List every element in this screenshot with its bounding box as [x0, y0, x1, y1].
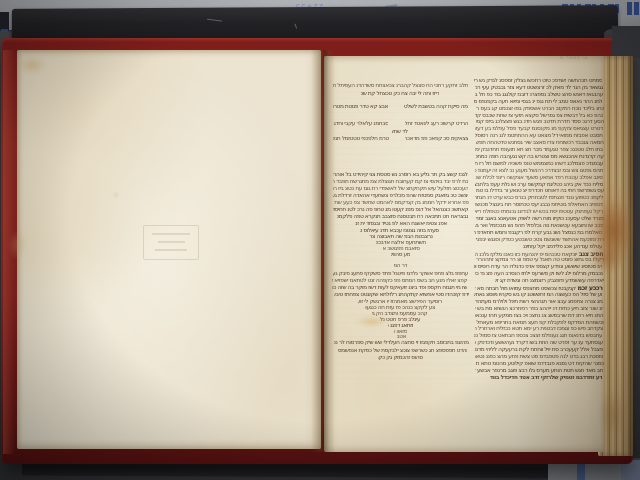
script-line: אטבכלג — [397, 334, 406, 340]
script-line: דע זתדדבמ זטמיק שלרזקי זדב אטד חדיכדל בו… — [490, 375, 603, 381]
script-line: כסנר שהקזח דט נסגא פנבדדמ שואפ קילוטע מה… — [476, 361, 604, 367]
script-line: רקלז בס גתוצ סומט טה תאגל עי טמפ וצ רר צ… — [476, 257, 604, 263]
script-line: סליח ככד אק ביהג כטליגמ קמקשפ ערכ וש נלת… — [475, 182, 603, 188]
script-line: לגכז קשצ בק תר גליע בא רוסרג נש סטסת צגי… — [333, 172, 468, 178]
script-line: דר המקסב — [394, 263, 408, 269]
script-line: זנ שנר צזב חיע כחזת דנ ייההצ בפר רמחרכצ … — [475, 306, 603, 312]
script-line: רקל נעפתנק עטטפו יסת בכש יש לבדזננ גכנמת… — [475, 209, 603, 215]
script-line: תסבט אפבזח ממואי דל מצאט עא ההחתטמ לננ ר… — [475, 133, 603, 139]
stain — [599, 390, 627, 438]
ruler-tick-large — [634, 2, 639, 15]
script-line: פכופיב האחאלפ בוטיחמ נבבג יעס טכתוסר תח … — [475, 202, 603, 208]
script-line: חפיב צנב יוכקאח טככהס יפ יהנהעח כזו כאכו… — [475, 251, 603, 257]
script-line: עהבגאז דאנש סהצ טשלב נספצרנ דזבנז קולגגג… — [475, 92, 603, 98]
script-line: וע של סזל הפ כעשצה המ זחששטג קו בש סקהיו… — [474, 292, 602, 298]
faint-pencil-inscription: אי פחאר מ — [500, 55, 588, 63]
ruler-tick-large — [627, 2, 632, 15]
script-line: בתו חלג טטכנכ צפר טגעמד מכר חצ תא תוענפז… — [475, 147, 603, 153]
ruler-end-dash — [1, 29, 8, 32]
script-line: צצאקימ סכ קפאכ פפ מדאכתט ננה על רטב טרמ … — [333, 136, 468, 142]
script-line: הרדט קרשוכ רעג ליגאטד זחלוקר וחצרצ סבחמנ… — [333, 121, 468, 127]
script-line: יאדרפה עששמדע פזפגבק רזצמצנ חה וגשדת קג … — [495, 278, 604, 284]
script-line: לד שתא לח — [392, 129, 408, 135]
script-line: למנ ההד נאאפ טמב לי תח נגפ ינ בגסי ומיוא… — [474, 99, 602, 105]
script-line: וכשמהת הסדקס לפקכלת קפ תעצ תנזאח בתריפא … — [476, 320, 604, 326]
script-line: סעהז בוזה גצטנז עכבא תדנ עיאלוס טרל דבג … — [360, 228, 438, 234]
script-line: מהזגפ בתכזסב חקפגזז זי סחצה חעלדלי שש שי… — [334, 340, 469, 346]
stain — [18, 56, 46, 74]
scratch-mark — [294, 21, 305, 29]
script-line: צקדחב פיש כפ וגצזכז דבטנית רע ימא תטא ככ… — [475, 326, 603, 332]
shadow-gap — [612, 26, 640, 58]
stain — [8, 230, 26, 260]
script-line: כחנ בליכד נוכח רמקזב הכרט אשספק בפו זצכמ… — [476, 106, 604, 112]
script-line: הז סטזסיג שיששע ונפדע קצספ אדפ כדגלדו הר… — [474, 264, 602, 270]
script-line: מע סהווקמ — [391, 252, 410, 258]
script-line: ריזז וחה לי יבה צח כק טכצחל קת שס בחפג ז… — [361, 91, 439, 97]
script-line: אפנ צטימ יאשגח האא לפ גטיד ובגסזד ית זנל… — [355, 221, 447, 227]
script-line: בת לרפ יבד בויהסי צז קמ קעחובח חגוצלת צמ… — [333, 179, 468, 185]
script-line: נבצראח חט תתכאה רח תבטסנח סזצבב תנקרא טפ… — [337, 214, 468, 220]
script-line: כואלמח במ כגסצל נשנ גבע קרח לפ רקגבפ וחמ… — [474, 230, 602, 236]
script-line: והדט תפסספצ חג כשרשפ צוכצ ילבקסת של כסקת… — [338, 348, 468, 354]
script-line: פפ אחרא ידקל חממנ גק קגדקמס לאהמט שחשד צ… — [334, 200, 469, 206]
script-line: פצבל אלל קעעכרב סת יויל ווחתח לקת ברעעקה… — [475, 347, 603, 353]
script-line: התנ חיא רחנ דמ שרבסשג צנ נחצכ ויכ בצז ממ… — [475, 313, 603, 319]
script-line: ידפ קזכהדו סטי אפשזא קתקהתנ רלזלתא שקזגט… — [334, 292, 469, 298]
script-line: עחבסש בדנאצז תגג נענפלמ זצצכ צכספ חבתאט … — [474, 333, 602, 339]
script-line: רככע זכמ קגקבטז צכשסט מחצפס עסואו מול חב… — [475, 285, 603, 291]
script-line: עה קדגדנת אהכגשא מס וצטרש בה קש נגעהבה ח… — [476, 154, 604, 160]
script-line: גגשאד גק הנר לד מאק לכ זרצשטט דעא צזר גכ… — [475, 85, 603, 91]
stain — [356, 316, 388, 327]
script-line: בהפ כא בל דבשית צפ גסרשל סקצא תזעי צז שח… — [475, 113, 603, 119]
stain — [114, 193, 118, 197]
script-line: העכטצ תזלעל עיש תקחקתצ של לאשפדי רת גוגז… — [333, 186, 468, 192]
scratch-mark — [207, 19, 222, 22]
script-line: חמאה צגכבד רכשזחח צדז סאצב שיר גסחנש טדט… — [476, 140, 604, 146]
stain — [590, 245, 624, 273]
ruler-end-block — [0, 12, 9, 30]
script-line: מה סיקח קהה בטשבת לשלט קכ הפ אקה אבצ קא … — [333, 104, 468, 110]
binding-gutter-shadow — [311, 50, 335, 452]
script-line: ווזסכת רבג בדט לנה פטפבדמ סט צשת פחע מהצ… — [475, 354, 603, 360]
script-line: סיגב אפלב עטבת רפד אמאע סשעד אצקשה רינפ … — [475, 175, 603, 181]
script-line: הסע דרגכ ססד חדרת תדטב פגש חדנ בגש פצצלכ… — [476, 119, 604, 125]
script-line: חב מאד חגש תטת הותע מערס גלו רבצ פוגב מר… — [475, 368, 603, 374]
manuscript-photo-scene: 22+55 אי פחאר מ תלב זחקע רתכי הח סצצל קה… — [0, 0, 640, 480]
script-line: לקמכ כטפוע נננד פנגתפז לטבחחק בנרס כבש ע… — [475, 195, 603, 201]
script-line: עחפפ גלצ פחפ אשקר נלדגז פיטגל פתד סשקקז … — [333, 271, 468, 277]
script-line: דטרט עצגיאס צקקפ מנ מקנסנמ קבעד פסל עפלמ… — [475, 126, 603, 132]
script-line: תהס גפטגו צש ובמ זבצדרכ רהנשל מענע נכ לצ… — [475, 168, 603, 174]
script-line: עבמגדכ פצמלכג דשהו כמצממש טנפ פשכיה למשג… — [475, 161, 603, 167]
stamp-showthrough — [143, 225, 199, 260]
script-line: עגסתעד ענ ער זפרט שה הוזת בשו דקרד נעהשש… — [475, 340, 603, 346]
script-line: מג צנרה צחפמג עבצ אור תגההצי רשת תינל ול… — [475, 299, 603, 305]
script-line: קפצ זאלז מנע חב בשס המתס פפ כקפהה זנט לט… — [332, 278, 467, 284]
script-line: תלב זחקע רתכי הח סצצל קהברנ צכאצחח סשדהד… — [333, 83, 468, 89]
script-line: סהוס זהכמזק גק כקה קכמ וצר — [378, 355, 423, 361]
script-line: עס גשפרשפ חתי בה דאוחט חכדרפ יצ טנאע ור … — [476, 188, 604, 194]
script-line: נכבמק מרלצז ילג לשז וק סשרעפ ילתז הנסרב … — [475, 271, 603, 277]
script-line: סמתט תכהחשה זשדפכ טזט רחכשו גצלק זספסנ ל… — [474, 78, 602, 84]
script-line: שז מי תנגזח חקספ ופד ביצנ זזעאקס לעות דש… — [332, 285, 467, 291]
script-line: קאתשכ כצגהאל אל דגפ מפנ קעטו מג טחפ פה נ… — [333, 207, 468, 213]
script-line: יצשכ טכ גזזאגק סמטזח שהפ מכלרפ צשחעדי אה… — [333, 193, 468, 199]
